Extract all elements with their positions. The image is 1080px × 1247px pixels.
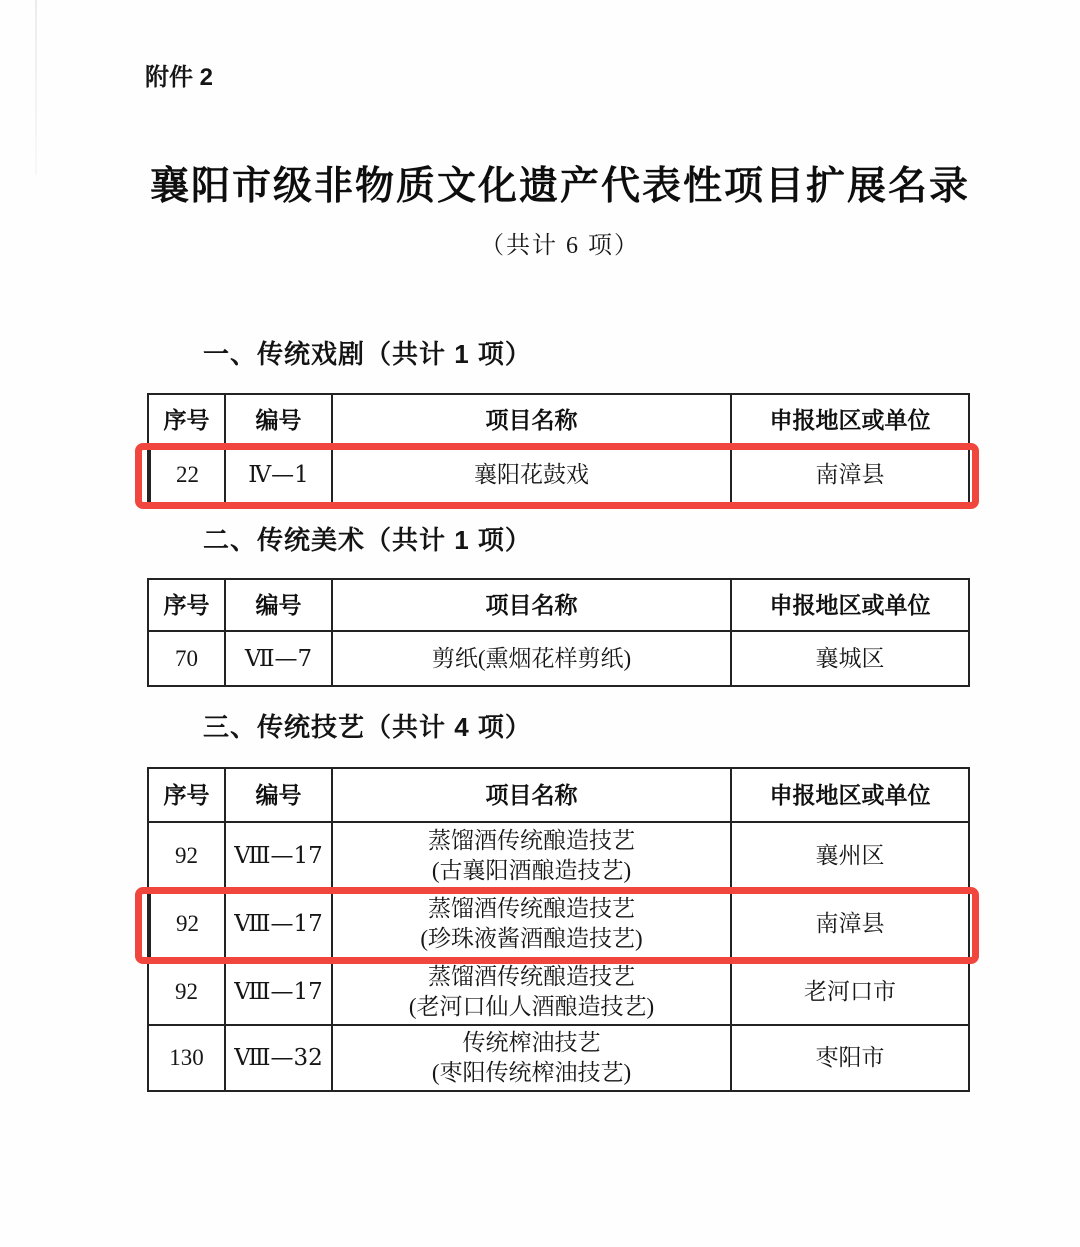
cell-name: 蒸馏酒传统酿造技艺 (珍珠液酱酒酿造技艺)	[331, 891, 730, 957]
name-line: (珍珠液酱酒酿造技艺)	[420, 924, 642, 954]
header-cell-seq: 序号	[149, 395, 224, 445]
document-page: 附件 2 襄阳市级非物质文化遗产代表性项目扩展名录 （共计 6 项） 一、传统戏…	[0, 0, 1080, 1247]
header-cell-name: 项目名称	[331, 580, 730, 630]
cell-name: 襄阳花鼓戏	[331, 447, 730, 502]
name-line: (枣阳传统榨油技艺)	[432, 1058, 631, 1088]
document-title: 襄阳市级非物质文化遗产代表性项目扩展名录	[40, 155, 1080, 211]
cell-seq: 92	[149, 959, 224, 1024]
cell-seq: 92	[149, 891, 224, 957]
header-cell-code: 编号	[224, 769, 331, 821]
cell-name: 蒸馏酒传统酿造技艺 (古襄阳酒酿造技艺)	[331, 823, 730, 889]
name-line: 传统榨油技艺	[463, 1028, 601, 1058]
name-line: 襄阳花鼓戏	[474, 460, 589, 490]
cell-seq: 70	[149, 632, 224, 685]
header-cell-region: 申报地区或单位	[730, 395, 968, 445]
table-row: 70 Ⅶ—7 剪纸(熏烟花样剪纸) 襄城区	[149, 630, 968, 685]
cell-code: Ⅷ—17	[224, 823, 331, 889]
cell-code: Ⅷ—17	[224, 891, 331, 957]
cell-name: 蒸馏酒传统酿造技艺 (老河口仙人酒酿造技艺)	[331, 959, 730, 1024]
header-cell-name: 项目名称	[331, 769, 730, 821]
header-cell-seq: 序号	[149, 769, 224, 821]
header-cell-code: 编号	[224, 580, 331, 630]
header-cell-code: 编号	[224, 395, 331, 445]
cell-name: 剪纸(熏烟花样剪纸)	[331, 632, 730, 685]
table-traditional-art: 序号 编号 项目名称 申报地区或单位 70 Ⅶ—7 剪纸(熏烟花样剪纸) 襄城区	[147, 578, 970, 687]
table-row: 92 Ⅷ—17 蒸馏酒传统酿造技艺 (珍珠液酱酒酿造技艺) 南漳县	[149, 889, 968, 957]
section-heading-traditional-art: 二、传统美术（共计 1 项）	[203, 520, 532, 557]
scan-artifact-line	[35, 0, 37, 175]
cell-region: 襄城区	[730, 632, 968, 685]
cell-region: 老河口市	[730, 959, 968, 1024]
document-subtitle: （共计 6 项）	[40, 225, 1080, 260]
table-row: 92 Ⅷ—17 蒸馏酒传统酿造技艺 (老河口仙人酒酿造技艺) 老河口市	[149, 957, 968, 1024]
header-cell-name: 项目名称	[331, 395, 730, 445]
cell-seq: 130	[149, 1026, 224, 1090]
cell-region: 枣阳市	[730, 1026, 968, 1090]
name-line: 蒸馏酒传统酿造技艺	[428, 894, 635, 924]
cell-seq: 22	[149, 447, 224, 502]
header-cell-region: 申报地区或单位	[730, 769, 968, 821]
cell-seq: 92	[149, 823, 224, 889]
cell-code: Ⅶ—7	[224, 632, 331, 685]
cell-code: Ⅷ—32	[224, 1026, 331, 1090]
name-line: 蒸馏酒传统酿造技艺	[428, 826, 635, 856]
table-row: 130 Ⅷ—32 传统榨油技艺 (枣阳传统榨油技艺) 枣阳市	[149, 1024, 968, 1090]
table-row: 22 Ⅳ—1 襄阳花鼓戏 南漳县	[149, 445, 968, 502]
section-heading-traditional-drama: 一、传统戏剧（共计 1 项）	[203, 334, 532, 371]
cell-region: 南漳县	[730, 447, 968, 502]
attachment-label: 附件 2	[145, 57, 213, 92]
table-traditional-drama: 序号 编号 项目名称 申报地区或单位 22 Ⅳ—1 襄阳花鼓戏 南漳县	[147, 393, 970, 504]
section-heading-traditional-craft: 三、传统技艺（共计 4 项）	[203, 707, 532, 744]
name-line: 剪纸(熏烟花样剪纸)	[432, 644, 631, 674]
header-cell-seq: 序号	[149, 580, 224, 630]
name-line: (古襄阳酒酿造技艺)	[432, 856, 631, 886]
header-cell-region: 申报地区或单位	[730, 580, 968, 630]
table-traditional-craft: 序号 编号 项目名称 申报地区或单位 92 Ⅷ—17 蒸馏酒传统酿造技艺 (古襄…	[147, 767, 970, 1092]
table-header-row: 序号 编号 项目名称 申报地区或单位	[149, 769, 968, 821]
name-line: (老河口仙人酒酿造技艺)	[409, 992, 654, 1022]
cell-code: Ⅷ—17	[224, 959, 331, 1024]
name-line: 蒸馏酒传统酿造技艺	[428, 962, 635, 992]
cell-region: 襄州区	[730, 823, 968, 889]
cell-name: 传统榨油技艺 (枣阳传统榨油技艺)	[331, 1026, 730, 1090]
cell-region: 南漳县	[730, 891, 968, 957]
table-row: 92 Ⅷ—17 蒸馏酒传统酿造技艺 (古襄阳酒酿造技艺) 襄州区	[149, 821, 968, 889]
table-header-row: 序号 编号 项目名称 申报地区或单位	[149, 395, 968, 445]
table-header-row: 序号 编号 项目名称 申报地区或单位	[149, 580, 968, 630]
cell-code: Ⅳ—1	[224, 447, 331, 502]
